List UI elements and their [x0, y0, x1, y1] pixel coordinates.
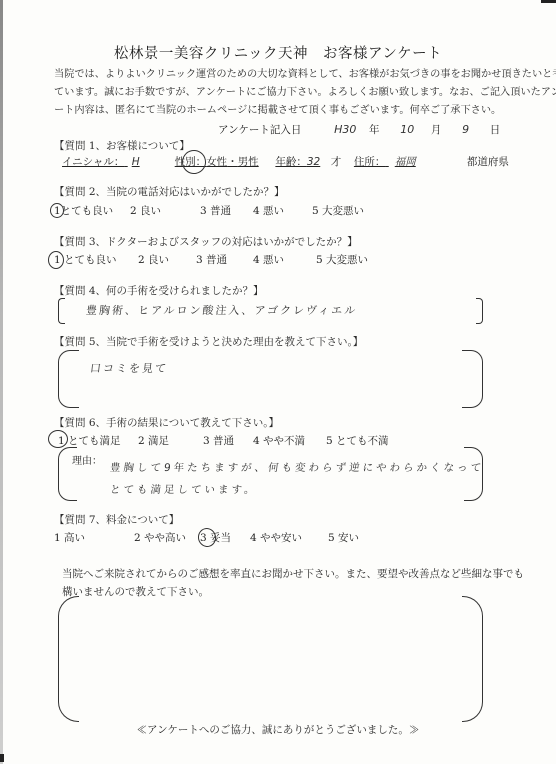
question-7-options: 1 高い 2 やや高い 3 妥当 4 やや安い 5 安い: [54, 530, 494, 544]
selection-circle: [48, 251, 64, 269]
comments-prompt-line-2: 構いませんので教えて下さい。: [62, 584, 209, 599]
address-field[interactable]: 住所： 福岡 都道府県: [354, 154, 509, 169]
gender-option-male[interactable]: 男性: [238, 156, 259, 168]
answer-bracket-right: [476, 298, 483, 324]
reason-line-1[interactable]: 豊胸して9年たちますが、何も変わらず逆にやわらかくなって: [109, 460, 485, 475]
scan-mark: [0, 754, 4, 762]
question-7-heading: 【質問 7、料金について】: [54, 512, 179, 527]
selection-circle: [50, 203, 64, 218]
reason-line-2[interactable]: とても満足しています。: [109, 482, 258, 497]
question-1-heading: 【質問 1、お客様について】: [54, 138, 190, 153]
entry-date: アンケート記入日 H30 年 10 月 9 日: [218, 122, 500, 137]
q2-option-3[interactable]: 3 普通: [200, 203, 231, 218]
age-label: 年齢：: [275, 156, 307, 168]
address-unit: 都道府県: [467, 154, 509, 169]
question-6-heading: 【質問 6、手術の結果について教えて下さい。】: [54, 415, 279, 430]
answer-bracket-left: [58, 298, 65, 324]
entry-date-label: アンケート記入日: [218, 122, 301, 137]
gender-option-female[interactable]: 女性: [206, 156, 227, 168]
q7-option-1[interactable]: 1 高い: [54, 530, 85, 545]
question-3-heading: 【質問 3、ドクターおよびスタッフの対応はいかがでしたか？】: [54, 234, 358, 249]
initial-value: H: [132, 156, 140, 168]
initial-field[interactable]: イニシャル： H: [62, 154, 162, 169]
entry-date-year[interactable]: H30: [334, 123, 356, 136]
footer-thanks: ≪アンケートへのご協力、誠にありがとうございました。≫: [0, 722, 556, 737]
q3-option-2[interactable]: 2 良い: [138, 252, 169, 267]
q6-option-3[interactable]: 3 普通: [203, 433, 234, 448]
intro-paragraph: 当院では、よりよいクリニック運営のための大切な資料として、お客様がお気づきの事を…: [54, 66, 494, 120]
q6-option-4[interactable]: 4 やや不満: [253, 433, 305, 448]
question-3-options: 1 とても良い 2 良い 3 普通 4 悪い 5 大変悪い: [54, 252, 494, 266]
day-unit: 日: [490, 122, 501, 137]
intro-line: 当院では、よりよいクリニック運営のための大切な資料として、お客様がお気づきの事を…: [54, 66, 494, 84]
q3-option-5[interactable]: 5 大変悪い: [316, 252, 368, 267]
reason-label: 理由：: [72, 452, 102, 467]
q3-option-3[interactable]: 3 普通: [196, 252, 227, 267]
q2-option-2[interactable]: 2 良い: [130, 203, 161, 218]
selection-circle: [48, 430, 68, 448]
q2-option-5[interactable]: 5 大変悪い: [312, 203, 364, 218]
question-2-heading: 【質問 2、当院の電話対応はいかがでしたか？】: [54, 184, 285, 199]
question-5-heading: 【質問 5、当院で手術を受けようと決めた理由を教えて下さい。】: [54, 334, 363, 349]
q7-option-5[interactable]: 5 安い: [328, 530, 359, 545]
age-field[interactable]: 年齢：32: [275, 154, 327, 169]
gender-separator: ・: [227, 156, 238, 168]
comments-bracket-right: [462, 596, 483, 722]
question-6-options: 1 とても満足 2 満足 3 普通 4 やや不満 5 とても不満: [58, 433, 498, 447]
age-value: 32: [307, 156, 320, 168]
question-1-fields: イニシャル： H 性別：女性・男性 年齢：32 才 住所： 福岡 都道府県: [62, 154, 509, 169]
answer-bracket-left: [58, 350, 79, 408]
comments-bracket-left: [58, 596, 79, 722]
survey-title: 松林景一美容クリニック天神 お客様アンケート: [0, 42, 556, 63]
q2-option-4[interactable]: 4 悪い: [253, 203, 284, 218]
answer-bracket-right: [462, 350, 483, 408]
initial-label: イニシャル：: [62, 156, 124, 168]
question-4-heading: 【質問 4、何の手術を受けられましたか？】: [54, 283, 264, 298]
comments-answer-area[interactable]: [80, 600, 460, 716]
month-unit: 月: [431, 122, 442, 137]
comments-prompt-line-1: 当院へご来院されてからのご感想を率直にお聞かせ下さい。また、要望や改善点など些細…: [62, 566, 524, 581]
intro-line: ています。誠にお手数ですが、アンケートにご協力下さい。よろしくお願い致します。な…: [54, 84, 494, 102]
q6-option-2[interactable]: 2 満足: [138, 433, 169, 448]
address-value: 福岡: [395, 156, 416, 168]
entry-date-month[interactable]: 10: [400, 123, 414, 136]
entry-date-day[interactable]: 9: [462, 123, 469, 136]
question-2-options: 1とても良い 2 良い 3 普通 4 悪い 5 大変悪い: [54, 203, 494, 217]
scan-edge: [0, 0, 3, 764]
q7-option-2[interactable]: 2 やや高い: [134, 530, 186, 545]
question-5-answer[interactable]: 口コミを見て: [89, 360, 169, 376]
q3-option-4[interactable]: 4 悪い: [253, 252, 284, 267]
intro-line: ート内容は、匿名にて当院のホームページに掲載させて頂く事もございます。何卒ご了承…: [54, 102, 494, 120]
year-unit: 年: [369, 122, 380, 137]
age-unit: 才: [331, 156, 342, 168]
q6-option-5[interactable]: 5 とても不満: [326, 433, 389, 448]
address-label: 住所：: [354, 156, 386, 168]
scan-mark: [541, 0, 556, 3]
question-4-answer[interactable]: 豊胸術、ヒアルロン酸注入、アゴクレヴィエル: [85, 302, 358, 318]
q7-option-4[interactable]: 4 やや安い: [250, 530, 302, 545]
